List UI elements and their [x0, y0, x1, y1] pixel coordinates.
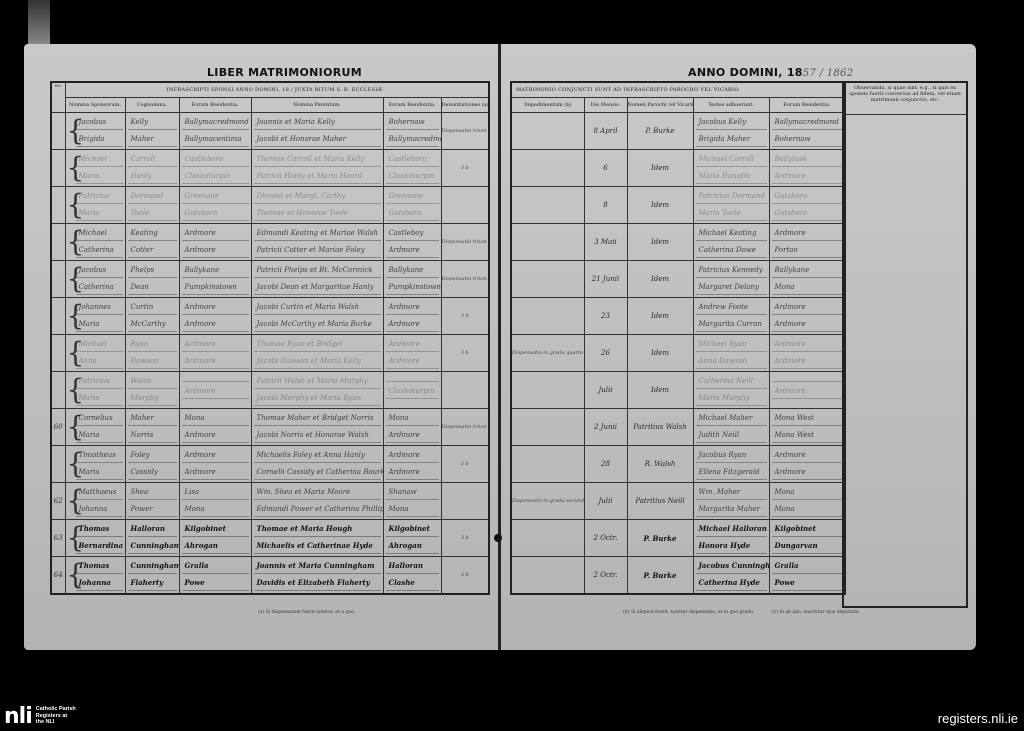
bride-parents: Jacobi et Honorae Maher	[254, 132, 381, 147]
date-cell: 3 Maii	[584, 224, 627, 261]
bride-residence: Clashaturpin	[182, 169, 249, 184]
observations-header: Observanda, si quae sint: e.g., si quis …	[843, 82, 967, 115]
banns-note: 3 b	[461, 313, 469, 319]
residence-cell: GreenaneGutsboro	[179, 187, 251, 224]
groom-parents: Jacobi Curtin et Maria Walsh	[254, 300, 381, 315]
groom-parents: Thomae Ryan et Bridget	[254, 337, 381, 352]
witness-1: Michael Maher	[696, 411, 767, 426]
witness-1: Michael Ryan	[696, 337, 767, 352]
bride-parents-residence: Gutsboro	[386, 206, 439, 221]
witness-1: Michael Keating	[696, 226, 767, 241]
groom-surname: Shea	[128, 485, 177, 500]
residence-cell: ArdmoreArdmore	[179, 224, 251, 261]
witness-1-residence: Gutsboro	[772, 189, 843, 204]
bride-parents: Michaelis et Catherinae Hyde	[254, 539, 381, 554]
impediment-note: Dispensatio in gradu secundo affinitatis	[512, 498, 584, 504]
groom-name: Jacobus	[76, 115, 123, 130]
witnesses-cell: Michael KeatingCatherina Dowe	[693, 224, 769, 261]
table-row: 2 Octr.P. BurkeMichael HalloranHonora Hy…	[511, 520, 845, 557]
brace-icon: {	[67, 561, 85, 589]
marriage-date: 8 April	[593, 127, 617, 135]
residence-cell: Ardmore	[179, 372, 251, 409]
page-edge-tab	[28, 0, 50, 46]
impediment-cell	[511, 557, 584, 595]
marriage-date: 23	[601, 312, 610, 320]
groom-residence: Ardmore	[182, 337, 249, 352]
witness-2-residence: Portoo	[772, 243, 843, 258]
priest-name: Idem	[651, 312, 669, 320]
witness-1: Michael Halloran	[696, 522, 767, 537]
logo-line-3: the NLI	[36, 719, 76, 726]
residence-cell: ArdmoreArdmore	[179, 335, 251, 372]
binding-stitch	[494, 534, 502, 542]
left-column-header: Eorum Residentia.	[383, 98, 441, 113]
nli-logo-text: Catholic Parish Registers at the NLI	[36, 706, 76, 727]
parents-residence-cell: CastleboyArdmore	[383, 224, 441, 261]
witness-residence-cell: MonaMona	[769, 483, 845, 520]
bride-surname: McCarthy	[128, 317, 177, 332]
left-column-header: Cognomina.	[125, 98, 179, 113]
spouses-names-cell: {JohannesMaria	[65, 298, 125, 335]
date-cell: 23	[584, 298, 627, 335]
parents-cell: Michaelis Foley et Anna HanlyCornelii Ca…	[251, 446, 383, 483]
priest-name: Idem	[651, 275, 669, 283]
groom-residence: Greenane	[182, 189, 249, 204]
bride-residence: Mona	[182, 502, 249, 517]
groom-parents: Joannis et Maria Kelly	[254, 115, 381, 130]
groom-name: Cornelius	[76, 411, 123, 426]
entry-number-cell	[51, 261, 65, 298]
witnesses-cell: Andrew FooteMargarita Curran	[693, 298, 769, 335]
parents-cell: Joannis et Maria CunninghamDavidis et El…	[251, 557, 383, 595]
parents-cell: Wm. Shea et Maria MooreEdmundi Power et …	[251, 483, 383, 520]
parents-cell: Thomae Ryan et BridgetJacobi Dawson et M…	[251, 335, 383, 372]
entry-number-cell	[51, 113, 65, 150]
banns-note: Dispensatio trium bannorum	[442, 239, 490, 245]
witness-2: Maria Toole	[696, 206, 767, 221]
groom-parents-residence: Ballykane	[386, 263, 439, 278]
right-column-header: Eorum Residentia.	[769, 98, 845, 113]
groom-parents-residence: Castleboro	[386, 152, 439, 167]
bride-parents: Cornelii Cassidy et Catherina Bourke	[254, 465, 381, 480]
banns-cell: Dispensatio trium bannorum	[441, 224, 489, 261]
bride-name: Brigida	[76, 132, 123, 147]
priest-name: Idem	[651, 349, 669, 357]
witness-1: Catherina Neill	[696, 374, 767, 389]
bride-name: Maria	[76, 465, 123, 480]
spouses-names-cell: {PatriciusMaria	[65, 372, 125, 409]
banns-cell: Dispensatio trium bannorum	[441, 409, 489, 446]
impediment-cell	[511, 187, 584, 224]
witness-2: Catherina Dowe	[696, 243, 767, 258]
residence-cell: MonaArdmore	[179, 409, 251, 446]
left-column-header: Denuntiationes (a)	[441, 98, 489, 113]
witness-1-residence: Ardmore	[772, 448, 843, 463]
bride-name: Maria	[76, 317, 123, 332]
impediment-cell	[511, 372, 584, 409]
groom-residence: Gralla	[182, 559, 249, 574]
groom-parents-residence: Ardmore	[386, 448, 439, 463]
bride-parents-residence: Mona	[386, 502, 439, 517]
priest-name: P. Burke	[644, 534, 677, 543]
witness-1-residence: Ballymacredmond	[772, 115, 843, 130]
table-row: 2 Octr.P. BurkeJacobus CunninghamCatheri…	[511, 557, 845, 595]
priest-cell: Idem	[627, 187, 693, 224]
site-url-link[interactable]: registers.nli.ie	[938, 711, 1018, 726]
surnames-cell: HalloranCunningham	[125, 520, 179, 557]
groom-name: Jacobus	[76, 263, 123, 278]
table-row: {JohannesMariaCurtinMcCarthyArdmoreArdmo…	[51, 298, 489, 335]
bride-parents-residence: Clashaturpin	[386, 169, 439, 184]
witness-2-residence: Ardmore	[772, 354, 843, 369]
groom-parents-residence	[386, 381, 439, 382]
groom-parents-residence: Ardmore	[386, 337, 439, 352]
entry-number-cell: 60	[51, 409, 65, 446]
impediment-cell	[511, 261, 584, 298]
priest-cell: Patritius Neill	[627, 483, 693, 520]
groom-name: Michael	[76, 337, 123, 352]
witness-residence-cell: Mona WestMona West	[769, 409, 845, 446]
entry-number: 63	[54, 534, 63, 542]
priest-name: Idem	[651, 201, 669, 209]
table-row: {PatriciusMariaDormandTooleGreenaneGutsb…	[51, 187, 489, 224]
bride-parents-residence: Ardmore	[386, 354, 439, 369]
impediment-cell	[511, 224, 584, 261]
left-page-title: LIBER MATRIMONIORUM	[207, 66, 362, 79]
table-row: 2 JuniiPatritius WalshMichael MaherJudit…	[511, 409, 845, 446]
date-cell: 2 Octr.	[584, 520, 627, 557]
bride-name: Anna	[76, 354, 123, 369]
bride-residence: Ardmore	[182, 428, 249, 443]
priest-name: Patritius Neill	[635, 497, 684, 505]
groom-residence: Ballymacredmond	[182, 115, 249, 130]
priest-name: Idem	[651, 386, 669, 394]
right-footnote-b: (b) Si aliquod fuerit, notetur dispensat…	[623, 610, 754, 615]
bride-name: Maria	[76, 391, 123, 406]
witness-residence-cell: ArdmorePortoo	[769, 224, 845, 261]
bride-parents: Jacobi Murphy et Maria Ryan	[254, 391, 381, 406]
right-column-header: Testes adhuerunt.	[693, 98, 769, 113]
marriage-date: 2 Octr.	[594, 571, 618, 579]
residence-cell: CastleboroClashaturpin	[179, 150, 251, 187]
groom-parents: Michaelis Foley et Anna Hanly	[254, 448, 381, 463]
table-row: 8IdemPatricius DormandMaria TooleGutsbor…	[511, 187, 845, 224]
surnames-cell: MaherNorris	[125, 409, 179, 446]
bride-surname: Power	[128, 502, 177, 517]
bride-residence: Ardmore	[182, 243, 249, 258]
bride-parents-residence: Ahrogan	[386, 539, 439, 554]
surnames-cell: SheaPower	[125, 483, 179, 520]
witness-2: Honora Hyde	[696, 539, 767, 554]
table-row: 6IdemMichael CarrollMaria HanafinBallylu…	[511, 150, 845, 187]
observations-column: Observanda, si quae sint: e.g., si quis …	[842, 81, 968, 608]
priest-cell: P. Burke	[627, 520, 693, 557]
witness-residence-cell: BallykaneMona	[769, 261, 845, 298]
banns-note: 3 b	[461, 572, 469, 578]
groom-parents: Thomae Maher et Bridget Norris	[254, 411, 381, 426]
parents-cell: Thomae et Maria HoughMichaelis et Cather…	[251, 520, 383, 557]
witness-2: Anna Dawson	[696, 354, 767, 369]
table-row: 8 AprilP. BurkeJacobus KellyBrigida Mahe…	[511, 113, 845, 150]
witness-1: Andrew Foote	[696, 300, 767, 315]
priest-cell: Idem	[627, 150, 693, 187]
witnesses-cell: Michael HalloranHonora Hyde	[693, 520, 769, 557]
left-column-header: Eorum Residentia.	[179, 98, 251, 113]
bride-surname: Norris	[128, 428, 177, 443]
priest-cell: Idem	[627, 335, 693, 372]
marriage-date: Julii	[598, 386, 612, 394]
bride-residence: Ballymacentima	[182, 132, 249, 147]
groom-residence: Ardmore	[182, 226, 249, 241]
marriage-date: 2 Octr.	[594, 534, 618, 542]
witness-2-residence: Mona	[772, 502, 843, 517]
table-row: 60{CorneliusMariaMaherNorrisMonaArdmoreT…	[51, 409, 489, 446]
impediment-cell	[511, 298, 584, 335]
banns-cell: 3 b	[441, 298, 489, 335]
witness-1-residence: Ballykane	[772, 263, 843, 278]
groom-residence: Kilgobinet	[182, 522, 249, 537]
witness-residence-cell: GutsboroGutsboro	[769, 187, 845, 224]
entry-number-cell: 64	[51, 557, 65, 595]
witness-1: Jacobus Kelly	[696, 115, 767, 130]
bride-parents-residence: Clashaturpin	[386, 384, 439, 399]
groom-residence: Ballykane	[182, 263, 249, 278]
groom-parents: Thomae Carroll et Maria Kelly	[254, 152, 381, 167]
surnames-cell: KeatingCotter	[125, 224, 179, 261]
groom-parents-residence: Greenane	[386, 189, 439, 204]
left-column-header: Nomina Sponsorum.	[65, 98, 125, 113]
groom-parents-residence: Ardmore	[386, 300, 439, 315]
table-row: 21 JuniiIdemPatricius KennedyMargaret De…	[511, 261, 845, 298]
bride-parents: Davidis et Elizabeth Flaherty	[254, 576, 381, 591]
witness-residence-cell: ArdmoreArdmore	[769, 446, 845, 483]
witness-residence-cell: ArdmoreArdmore	[769, 298, 845, 335]
table-row: {JacobusBrigidaKellyMaherBallymacredmond…	[51, 113, 489, 150]
parents-cell: Patricii Phelps et Bt. McCormickJacobi D…	[251, 261, 383, 298]
groom-residence: Mona	[182, 411, 249, 426]
table-row: 63{ThomasBernardinaHalloranCunninghamKil…	[51, 520, 489, 557]
banns-cell	[441, 187, 489, 224]
priest-cell: P. Burke	[627, 557, 693, 595]
bride-parents-residence: Clashe	[386, 576, 439, 591]
residence-cell: GrallaPowe	[179, 557, 251, 595]
spouses-names-cell: {JacobusCatherina	[65, 261, 125, 298]
nli-logo-mark: nli	[4, 707, 32, 727]
bride-residence: Ardmore	[182, 317, 249, 332]
groom-surname: Carroll	[128, 152, 177, 167]
bride-parents: Thomae et Honorae Toole	[254, 206, 381, 221]
spouses-names-cell: {ThomasJohanna	[65, 557, 125, 595]
marriage-date: 8	[603, 201, 607, 209]
parents-cell: Thomae Maher et Bridget NorrisJacobi Nor…	[251, 409, 383, 446]
surnames-cell: PhelpsDean	[125, 261, 179, 298]
banns-note: 3 b	[461, 350, 469, 356]
witness-1-residence: Ardmore	[772, 337, 843, 352]
witness-2: Margarita Maher	[696, 502, 767, 517]
number-header: No.	[51, 82, 65, 113]
bride-surname: Murphy	[128, 391, 177, 406]
spouses-names-cell: {MichaelMaria	[65, 150, 125, 187]
witness-1-residence: Mona West	[772, 411, 843, 426]
right-page-title: ANNO DOMINI, 1857 / 1862	[688, 66, 853, 79]
priest-name: P. Burke	[644, 571, 677, 580]
bride-parents-residence: Ballymacredmond	[386, 132, 439, 147]
date-cell: Julii	[584, 483, 627, 520]
witness-residence-cell: Ardmore	[769, 372, 845, 409]
groom-surname: Kelly	[128, 115, 177, 130]
banns-cell: 3 b	[441, 446, 489, 483]
brace-icon: {	[67, 524, 85, 552]
residence-cell: ArdmoreArdmore	[179, 446, 251, 483]
witnesses-cell: Jacobus RyanEllena Fitzgerald	[693, 446, 769, 483]
groom-surname: Dormand	[128, 189, 177, 204]
bride-surname: Cotter	[128, 243, 177, 258]
marriage-date: 26	[601, 349, 610, 357]
right-column-header: Impedimentum (b)	[511, 98, 584, 113]
observations-body	[843, 115, 967, 608]
witness-residence-cell: GrallaPowe	[769, 557, 845, 595]
witnesses-cell: Jacobus CunninghamCatherina Hyde	[693, 557, 769, 595]
witness-2: Margarita Curran	[696, 317, 767, 332]
banns-note: 3 b	[461, 461, 469, 467]
parents-cell: Thomae Carroll et Maria KellyPatricii Ha…	[251, 150, 383, 187]
bride-residence: Powe	[182, 576, 249, 591]
groom-surname: Phelps	[128, 263, 177, 278]
groom-surname: Maher	[128, 411, 177, 426]
bride-parents: Jacobi Dean et Margaritae Hanly	[254, 280, 381, 295]
bride-parents: Patricii Cotter et Mariae Foley	[254, 243, 381, 258]
table-row: {MichaelCatherinaKeatingCotterArdmoreArd…	[51, 224, 489, 261]
bride-parents: Jacobi Norris et Honorae Walsh	[254, 428, 381, 443]
banns-note: 3 b	[461, 165, 469, 171]
entry-number-cell	[51, 224, 65, 261]
priest-name: Patritius Walsh	[633, 423, 686, 431]
witness-1: Michael Carroll	[696, 152, 767, 167]
groom-parents: Patricii Walsh et Maria Murphy	[254, 374, 381, 389]
parents-residence-cell: HalloranClashe	[383, 557, 441, 595]
date-cell: 8	[584, 187, 627, 224]
nli-logo[interactable]: nli Catholic Parish Registers at the NLI	[4, 706, 76, 727]
groom-parents-residence: Bohernaw	[386, 115, 439, 130]
parents-cell: Jacobi Curtin et Maria WalshJacobi McCar…	[251, 298, 383, 335]
parents-residence-cell: ArdmoreArdmore	[383, 446, 441, 483]
witness-2: Ellena Fitzgerald	[696, 465, 767, 480]
bride-parents-residence: Pumpkinstown	[386, 280, 439, 295]
bride-surname: Dean	[128, 280, 177, 295]
date-cell: 2 Octr.	[584, 557, 627, 595]
impediment-cell: Dispensatio in gradu quarto consanguinit…	[511, 335, 584, 372]
bride-name: Catherina	[76, 280, 123, 295]
spouses-names-cell: {CorneliusMaria	[65, 409, 125, 446]
bride-parents-residence: Ardmore	[386, 243, 439, 258]
banns-cell: Dispensatio trium bannorum	[441, 113, 489, 150]
priest-cell: Idem	[627, 372, 693, 409]
bride-surname: Flaherty	[128, 576, 177, 591]
witness-2-residence: Ardmore	[772, 317, 843, 332]
bride-name: Johanna	[76, 502, 123, 517]
right-column-header: Nomen Parochi vel Vicarii (c)	[627, 98, 693, 113]
left-footnote: (a) Si dispensatum fuerit notetur, et a …	[258, 610, 355, 615]
witness-2-residence: Powe	[772, 576, 843, 591]
priest-cell: R. Walsh	[627, 446, 693, 483]
witness-2-residence: Ardmore	[772, 384, 843, 399]
bride-parents: Jacobi McCarthy et Maria Burke	[254, 317, 381, 332]
table-row: {PatriciusMariaWalshMurphyArdmorePatrici…	[51, 372, 489, 409]
table-row: JuliiIdemCatherina NeillMaria MurphyArdm…	[511, 372, 845, 409]
impediment-cell	[511, 409, 584, 446]
handwritten-year: 57 / 1862	[803, 68, 854, 79]
parents-residence-cell: MonaArdmore	[383, 409, 441, 446]
surnames-cell: KellyMaher	[125, 113, 179, 150]
entry-number-cell	[51, 446, 65, 483]
priest-cell: P. Burke	[627, 113, 693, 150]
parents-cell: Dionisii et Margt. CarthyThomae et Honor…	[251, 187, 383, 224]
witnesses-cell: Patricius DormandMaria Toole	[693, 187, 769, 224]
date-cell: Julii	[584, 372, 627, 409]
entry-number: 64	[54, 571, 63, 579]
banns-note: 3 b	[461, 535, 469, 541]
spouses-names-cell: {MatthaeusJohanna	[65, 483, 125, 520]
impediment-cell	[511, 520, 584, 557]
logo-line-1: Catholic Parish	[36, 706, 76, 713]
witness-2: Margaret Delany	[696, 280, 767, 295]
parents-residence-cell: ShanawMona	[383, 483, 441, 520]
priest-cell: Idem	[627, 298, 693, 335]
parents-cell: Joannis et Maria KellyJacobi et Honorae …	[251, 113, 383, 150]
witness-residence-cell: BallyluskArdmore	[769, 150, 845, 187]
witness-2: Maria Murphy	[696, 391, 767, 406]
impediment-cell	[511, 113, 584, 150]
bride-residence: Pumpkinstown	[182, 280, 249, 295]
witness-1-residence: Ardmore	[772, 226, 843, 241]
parents-residence-cell: BallykanePumpkinstown	[383, 261, 441, 298]
marriage-date: 28	[601, 460, 610, 468]
spouses-names-cell: {TimotheusMaria	[65, 446, 125, 483]
entry-number: 62	[54, 497, 63, 505]
witnesses-cell: Jacobus KellyBrigida Maher	[693, 113, 769, 150]
residence-cell: ArdmoreArdmore	[179, 298, 251, 335]
witness-1-residence: Mona	[772, 485, 843, 500]
witness-1-residence: Ardmore	[772, 300, 843, 315]
marriage-date: 3 Maii	[594, 238, 617, 246]
right-banner: MATRIMONIO CONJUNCTI SUNT AD INFRASCRIPT…	[511, 82, 845, 98]
witness-2: Brigida Maher	[696, 132, 767, 147]
priest-name: Idem	[651, 238, 669, 246]
table-row: 62{MatthaeusJohannaSheaPowerLisaMonaWm. …	[51, 483, 489, 520]
groom-residence: Lisa	[182, 485, 249, 500]
surnames-cell: CurtinMcCarthy	[125, 298, 179, 335]
table-row: 23IdemAndrew FooteMargarita CurranArdmor…	[511, 298, 845, 335]
groom-name: Matthaeus	[76, 485, 123, 500]
priest-cell: Idem	[627, 261, 693, 298]
parents-residence-cell: Clashaturpin	[383, 372, 441, 409]
impediment-note: Dispensatio in gradu quarto consanguinit…	[512, 350, 584, 356]
groom-residence: Ardmore	[182, 448, 249, 463]
impediment-cell: Dispensatio in gradu secundo affinitatis	[511, 483, 584, 520]
witness-2-residence: Dungarvan	[772, 539, 843, 554]
parents-residence-cell: KilgobinetAhrogan	[383, 520, 441, 557]
banns-cell: Dispensatio trium bannorum	[441, 261, 489, 298]
parents-residence-cell: CastleboroClashaturpin	[383, 150, 441, 187]
spouses-names-cell: {MichaelAnna	[65, 335, 125, 372]
parents-residence-cell: ArdmoreArdmore	[383, 335, 441, 372]
groom-surname: Cunningham	[128, 559, 177, 574]
witness-2: Maria Hanafin	[696, 169, 767, 184]
date-cell: 8 April	[584, 113, 627, 150]
banns-cell: 3 b	[441, 335, 489, 372]
priest-name: Idem	[651, 164, 669, 172]
spouses-names-cell: {JacobusBrigida	[65, 113, 125, 150]
